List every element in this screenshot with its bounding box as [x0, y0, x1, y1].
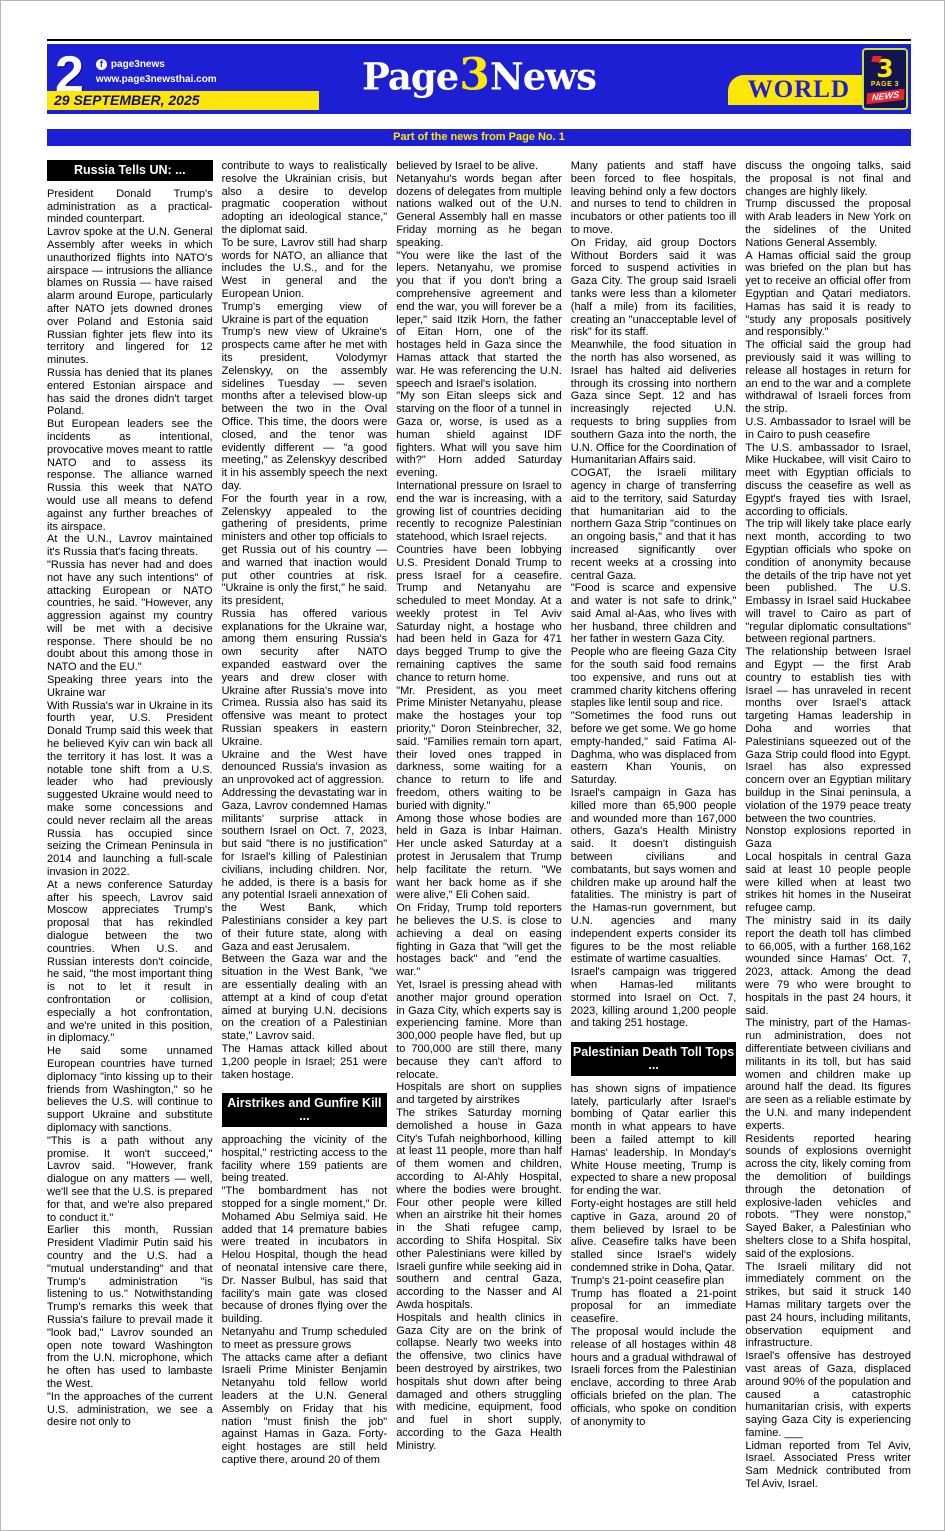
- article-paragraph: For the fourth year in a row, Zelenskyy …: [222, 493, 388, 608]
- date-text: 29 SEPTEMBER, 2025: [54, 92, 200, 108]
- article-paragraph: approaching the vicinity of the hospital…: [222, 1134, 388, 1185]
- article-paragraph: Addressing the devastating war in Gaza, …: [222, 787, 388, 953]
- article-paragraph: Forty-eight hostages are still held capt…: [571, 1198, 737, 1275]
- article-paragraph: "Food is scarce and expensive and water …: [571, 582, 737, 646]
- article-paragraph: Hospitals are short on supplies and targ…: [396, 1081, 562, 1107]
- article-paragraph: Local hospitals in central Gaza said at …: [745, 851, 911, 915]
- article-paragraph: Lidman reported from Tel Aviv, Israel. A…: [745, 1440, 911, 1491]
- masthead-word-page: Page: [362, 54, 458, 98]
- article-paragraph: The ministry, part of the Hamas-run admi…: [745, 1017, 911, 1132]
- date-strip: 29 SEPTEMBER, 2025: [47, 91, 319, 110]
- article-paragraph: has shown signs of impatience lately, pa…: [571, 1083, 737, 1198]
- section-headline: Russia Tells UN: ...: [47, 160, 213, 181]
- article-paragraph: The Hamas attack killed about 1,200 peop…: [222, 1043, 388, 1081]
- article-paragraph: "This is a path without any promise. It …: [47, 1135, 213, 1225]
- page3-logo: 3 PAGE 3 NEWS: [862, 48, 908, 110]
- article-paragraph: Meanwhile, the food situation in the nor…: [571, 339, 737, 467]
- article-paragraph: "My son Eitan sleeps sick and starving o…: [396, 390, 562, 480]
- article-paragraph: Trump's emerging view of Ukraine is part…: [222, 301, 388, 327]
- article-paragraph: The strikes Saturday morning demolished …: [396, 1107, 562, 1312]
- masthead-number-3: 3: [458, 49, 490, 100]
- article-paragraph: Residents reported hearing sounds of exp…: [745, 1133, 911, 1261]
- masthead-bar: 2 f page3news www.page3newsthai.com Page…: [47, 44, 911, 114]
- masthead-right: WORLD 3 PAGE 3 NEWS: [728, 47, 908, 111]
- article-paragraph: Speaking three years into the Ukraine wa…: [47, 674, 213, 700]
- article-paragraph: Netanyahu's words began after dozens of …: [396, 173, 562, 250]
- article-paragraph: Nonstop explosions reported in Gaza: [745, 825, 911, 851]
- strapline-bar: Part of the news from Page No. 1: [47, 129, 911, 146]
- article-paragraph: Ukraine and the West have denounced Russ…: [222, 749, 388, 787]
- article-paragraph: To be sure, Lavrov still had sharp words…: [222, 237, 388, 301]
- logo-news-ribbon: NEWS: [866, 88, 904, 103]
- article-paragraph: "Russia has never had and does not have …: [47, 559, 213, 674]
- newspaper-page: 2 f page3news www.page3newsthai.com Page…: [0, 0, 945, 1531]
- article-paragraph: "In the approaches of the current U.S. a…: [47, 1391, 213, 1429]
- website-url: www.page3newsthai.com: [96, 74, 217, 85]
- article-paragraph: Israel's campaign in Gaza has killed mor…: [571, 787, 737, 966]
- section-label: WORLD: [728, 75, 862, 105]
- article-columns: Russia Tells UN: ...President Donald Tru…: [47, 160, 911, 1491]
- article-paragraph: U.S. Ambassador to Israel will be in Cai…: [745, 416, 911, 442]
- article-paragraph: contribute to ways to realistically reso…: [222, 160, 388, 237]
- article-paragraph: "You were like the last of the lepers. N…: [396, 250, 562, 391]
- article-paragraph: On Friday, Trump told reporters he belie…: [396, 902, 562, 979]
- article-paragraph: At the U.N., Lavrov maintained it's Russ…: [47, 533, 213, 559]
- news-column-1: Russia Tells UN: ...President Donald Tru…: [47, 160, 213, 1429]
- article-paragraph: Many patients and staff have been forced…: [571, 160, 737, 237]
- article-paragraph: The U.S. ambassador to Israel, Mike Huck…: [745, 442, 911, 519]
- news-column-4: Many patients and staff have been forced…: [571, 160, 737, 1428]
- article-paragraph: The proposal would include the release o…: [571, 1326, 737, 1428]
- article-paragraph: Earlier this month, Russian President Vl…: [47, 1224, 213, 1390]
- article-paragraph: Trump discussed the proposal with Arab l…: [745, 198, 911, 249]
- article-paragraph: Russia has offered various explanations …: [222, 608, 388, 749]
- strapline-text: Part of the news from Page No. 1: [393, 131, 565, 143]
- article-paragraph: On Friday, aid group Doctors Without Bor…: [571, 237, 737, 339]
- logo-flag-icon: [871, 56, 881, 62]
- article-paragraph: The ministry said in its daily report th…: [745, 915, 911, 1017]
- article-paragraph: Trump has floated a 21-point proposal fo…: [571, 1288, 737, 1326]
- article-paragraph: "The bombardment has not stopped for a s…: [222, 1185, 388, 1326]
- article-paragraph: Netanyahu and Trump scheduled to meet as…: [222, 1326, 388, 1352]
- article-paragraph: COGAT, the Israeli military agency in ch…: [571, 467, 737, 582]
- article-paragraph: Israel's offensive has destroyed vast ar…: [745, 1350, 911, 1440]
- article-paragraph: Russia has denied that its planes entere…: [47, 367, 213, 418]
- article-paragraph: Between the Gaza war and the situation i…: [222, 953, 388, 1043]
- article-paragraph: Among those whose bodies are held in Gaz…: [396, 813, 562, 903]
- article-paragraph: Hospitals and health clinics in Gaza Cit…: [396, 1312, 562, 1453]
- social-handle: page3news: [111, 59, 165, 70]
- article-paragraph: The relationship between Israel and Egyp…: [745, 646, 911, 825]
- news-column-2: contribute to ways to realistically reso…: [222, 160, 388, 1467]
- social-row: f page3news: [96, 59, 217, 70]
- section-headline: Palestinian Death Toll Tops ...: [571, 1042, 737, 1076]
- article-paragraph: The official said the group had previous…: [745, 339, 911, 416]
- article-paragraph: A Hamas official said the group was brie…: [745, 250, 911, 340]
- article-paragraph: But European leaders see the incidents a…: [47, 418, 213, 533]
- section-headline: Airstrikes and Gunfire Kill ...: [222, 1093, 388, 1127]
- article-paragraph: Trump's 21-point ceasefire plan: [571, 1275, 737, 1288]
- article-paragraph: Trump's new view of Ukraine's prospects …: [222, 326, 388, 492]
- logo-page3-text: PAGE 3: [871, 81, 899, 88]
- article-paragraph: believed by Israel to be alive.: [396, 160, 562, 173]
- article-paragraph: The Israeli military did not immediately…: [745, 1261, 911, 1351]
- article-paragraph: At a news conference Saturday after his …: [47, 879, 213, 1045]
- article-paragraph: Israel's campaign was triggered when Ham…: [571, 966, 737, 1030]
- article-paragraph: Yet, Israel is pressing ahead with anoth…: [396, 979, 562, 1081]
- top-rule: [47, 39, 911, 41]
- article-paragraph: Lavrov spoke at the U.N. General Assembl…: [47, 226, 213, 367]
- facebook-icon: f: [96, 59, 107, 70]
- masthead-word-news: News: [490, 54, 596, 98]
- article-paragraph: International pressure on Israel to end …: [396, 480, 562, 544]
- masthead-title: Page3News: [362, 49, 596, 100]
- article-paragraph: Countries have been lobbying U.S. Presid…: [396, 544, 562, 685]
- article-paragraph: With Russia's war in Ukraine in its four…: [47, 700, 213, 879]
- news-column-3: believed by Israel to be alive.Netanyahu…: [396, 160, 562, 1452]
- article-paragraph: discuss the ongoing talks, said the prop…: [745, 160, 911, 198]
- news-column-5: discuss the ongoing talks, said the prop…: [745, 160, 911, 1491]
- section-label-text: WORLD: [748, 76, 850, 103]
- article-paragraph: The trip will likely take place early ne…: [745, 518, 911, 646]
- article-paragraph: He said some unnamed European countries …: [47, 1045, 213, 1135]
- article-paragraph: President Donald Trump's administration …: [47, 188, 213, 226]
- article-paragraph: People who are fleeing Gaza City for the…: [571, 646, 737, 710]
- article-paragraph: "Sometimes the food runs out before we g…: [571, 710, 737, 787]
- article-paragraph: The attacks came after a defiant Israeli…: [222, 1352, 388, 1467]
- article-paragraph: "Mr. President, as you meet Prime Minist…: [396, 685, 562, 813]
